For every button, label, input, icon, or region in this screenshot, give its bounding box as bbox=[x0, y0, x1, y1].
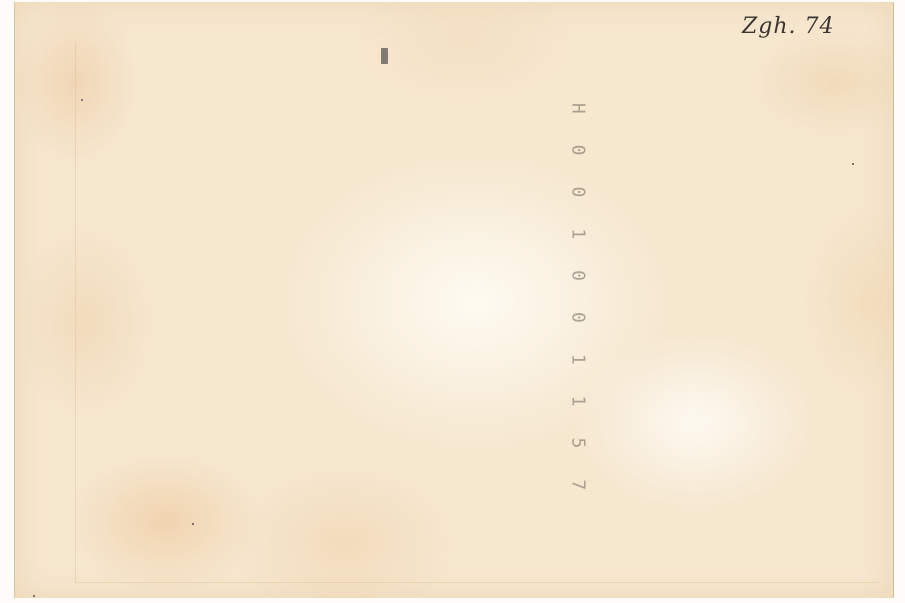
dust-speck bbox=[852, 163, 854, 165]
stamped-inventory-number: H001001157 bbox=[568, 103, 589, 521]
scanned-card: Zgh. 74 H001001157 bbox=[0, 0, 905, 603]
card-inner-border bbox=[75, 42, 876, 583]
dust-speck bbox=[33, 595, 35, 597]
dust-speck bbox=[81, 99, 83, 101]
handwritten-note: Zgh. 74 bbox=[742, 14, 835, 39]
dust-speck bbox=[192, 523, 194, 525]
card-back bbox=[14, 2, 894, 598]
ink-mark bbox=[381, 48, 388, 64]
